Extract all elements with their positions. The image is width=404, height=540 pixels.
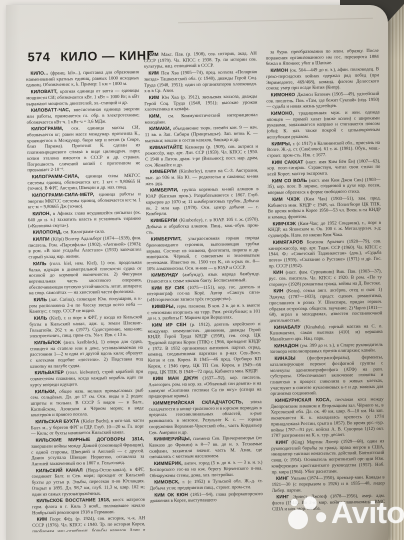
entry-term: КИММЕРИК, [154, 460, 185, 466]
entry-term: КИМОНО, [271, 110, 299, 116]
page-text-block: 574КИЛО — КИНГ КИЛО... (франц. kilo...),… [6, 5, 388, 540]
page-column-1: КИЛО... (франц. kilo...), приставка для … [26, 69, 145, 533]
dictionary-entry: КИЛЬВАТЕР (голл. kielwater), строй кораб… [30, 368, 143, 388]
dictionary-entry: КИМ ИР СЕН (р. 1912), деятель корейского… [147, 321, 261, 376]
page-column-3: за бурж. преобразования по япон. образцу… [266, 48, 385, 512]
dictionary-entry: КИМ МАН ДЖУН (1637—92), кор. писатель. А… [148, 374, 261, 400]
entry-term: КИЛОН, [32, 211, 53, 217]
dictionary-entry: КИМБЕРЛИТ, ультраосновная горная порода … [146, 235, 259, 273]
entry-term: КИН [273, 269, 285, 275]
dictionary-entry: КИЛЬКИ, общее назв. мелких промысловых р… [30, 387, 143, 419]
dictionary-entry: КИЛОГРАММ-СИЛА, единица силы МКГСС систе… [27, 172, 140, 192]
dictionary-entry: КИМРЫ, г. (с 1917) в Калининской обл., п… [267, 139, 380, 159]
entry-term: КИЛЬСКИЙ КАНАЛ [36, 467, 86, 473]
dictionary-entry: КИМ ЧХЭК (Ким Чак) (1903—51), зам. пред.… [268, 195, 381, 221]
entry-term: КИМ [149, 94, 162, 100]
dictionary-entry: КИНАЗЫ (фосфотрансферазы), ферменты, кат… [270, 354, 384, 398]
avito-logo-icon [287, 494, 329, 532]
dictionary-entry: КИМ ОК КЮН (1851—94), глава реформаторск… [150, 490, 263, 504]
dictionary-entry: КИМ Пен Хва (1905—74), пред. колхоза «По… [144, 69, 257, 95]
entry-term: КИММЕРИЙЦЫ, [154, 436, 194, 442]
dictionary-entry: КИЛПИ (Kilpi) Волтер Адальберт (1874—193… [28, 235, 141, 261]
entry-term: КИНБУРНСКАЯ КОСА, [275, 397, 335, 403]
column-2-container: КИМ Макс. Пав. (р. 1908), сов. историк, … [144, 50, 264, 531]
dictionary-entry: КИММЕРИЙСКАЯ СКЛАДЧАТОСТЬ, эпоха складча… [149, 399, 262, 437]
dictionary-entry: КИМБЕРЛИ, группа коренных м-ний алмазов … [146, 186, 259, 218]
entry-term: КИМБЕРЛИТ, [151, 236, 188, 242]
entry-term: КИМОВСК, [154, 479, 182, 485]
dictionary-entry: КИМВРЫ, герм. племена. В кон. 2 в. до н.… [147, 302, 260, 322]
entry-term: КИМ ОК КЮН [154, 491, 190, 497]
dictionary-entry: КИМБЕРЛИ (Kimberley), плато на С.-З. Авс… [145, 167, 258, 187]
entry-term: КИЛОВАТТ, [31, 88, 60, 94]
entry-term: КИМ БУ СИК [151, 284, 187, 290]
entry-term: КИЛЬСКОЕ ВОССТАНИЕ 1918, [36, 497, 112, 504]
entry-term: КИЛЬКИ, [35, 388, 59, 394]
entry-term: КИМ СО ВОЛЬ [272, 177, 309, 183]
dictionary-entry: КИЛЬ (лат. Carina), созвездие Юж. полуша… [29, 295, 142, 315]
dictionary-entry: КИЛО... (франц. kilo...), приставка для … [26, 69, 139, 89]
dictionary-entry: КИМЧХЭК (Ким-Чак; до 1952 Сонджин), г., … [268, 219, 381, 239]
dictionary-entry: КИМ Юн Хва (р. 1912), звеньевая колхоза,… [144, 93, 257, 113]
dictionary-entry: КИН (Kean), семья англ. актёров, отец и … [269, 287, 382, 325]
entry-term: КИЛЬ [33, 260, 50, 266]
dictionary-entry: КИЛЬ (Kiel), г. и порт в ФРГ, у входа из… [29, 314, 142, 340]
dictionary-entry: КИНГ (King) Мартин Лютер (1929—68), один… [271, 438, 384, 476]
entry-term: КИМ [148, 51, 161, 57]
entry-term: КИМ, [149, 113, 168, 119]
entry-term: КИМ ИР СЕН [152, 322, 190, 328]
dictionary-entry: КИЛЬБЛОК (англ. keelblock), 1) опора для… [30, 338, 143, 370]
dictionary-entry: за бурж. преобразования по япон. образцу… [266, 48, 379, 67]
dictionary-entry: КИЛЬСКИЕ МИРНЫЕ ДОГОВОРЫ 1814, завершили… [31, 436, 144, 468]
entry-term: КИМОН [270, 67, 289, 73]
entry-term: КИМВРЫ, [152, 303, 177, 309]
book-page: 574КИЛО — КИНГ КИЛО... (франц. kilo...),… [6, 5, 388, 540]
entry-term: КИЛЬСКАЯ БУХТА [35, 418, 81, 424]
entry-term: КИНАЗЫ [274, 355, 307, 361]
entry-term: КИЛОГРАММ, [31, 125, 71, 131]
watermark-text: Avito [331, 495, 404, 531]
dictionary-entry: КИНАБАЛУ (Kinabalu), горный массив на С.… [269, 323, 382, 343]
entry-term: КИЛЬСКИЕ МИРНЫЕ ДОГОВОРЫ 1814, [36, 436, 145, 443]
entry-term: КИНАБАЛУ [274, 324, 304, 330]
dictionary-entry: КИМОНКО Джанси Батович (1905—49), удэгей… [266, 90, 379, 110]
dictionary-entry: КИНГ Уильям (1874—1950), премьер-мин. Ка… [272, 474, 385, 494]
entry-term: КИНАДОН [274, 342, 300, 348]
dictionary-entry: КИМОН (ок. 504—449 до н. э.), афин. полк… [266, 66, 379, 92]
entry-term: КИМ САККАТ [272, 159, 306, 165]
entry-term: КИЛЬВАТЕР [35, 370, 67, 376]
dictionary-entry: КИН (наст. фам. Суровикин) Вик. Пав. (19… [269, 268, 382, 288]
entry-term: КИМБЕРЛИ, [150, 187, 182, 193]
avito-watermark: Avito [287, 494, 404, 532]
dictionary-entry: КИМ Макс. Пав. (р. 1908), сов. историк, … [144, 50, 257, 70]
page-number: 574 [28, 50, 51, 64]
entry-term: КИЛЬ [34, 315, 50, 321]
entry-term: КИМБЕРЛИ [150, 168, 179, 174]
book-photo: 574КИЛО — КИНГ КИЛО... (франц. kilo...),… [0, 0, 404, 540]
dictionary-entry: КИНБУРНСКАЯ КОСА, песчаная коса между Дн… [271, 396, 385, 440]
page-column-2: КИМ Макс. Пав. (р. 1908), сов. историк, … [144, 50, 263, 505]
dictionary-entry: КИМ СО ВОЛЬ (наст. имя Ким Джон Сик) (19… [267, 176, 380, 196]
dictionary-entry: КИЛОН, в Афинах глава неудавшейся попытк… [28, 209, 141, 229]
dictionary-entry: КИМ Георг. Фёд. (р. 1924), сов. историк,… [32, 515, 145, 532]
dictionary-entry: КИЛЬСКОЕ ВОССТАНИЕ 1918, восст. матросов… [32, 496, 145, 516]
entry-term: КИНГ [276, 439, 292, 445]
dictionary-entry: КИМ САККАТ (наст. имя Ким Бён Ён) (1807—… [267, 158, 380, 178]
dictionary-entry: КИЛЬСКИЙ КАНАЛ (Норд-Остзе-канал), в ФРГ… [31, 466, 144, 498]
entry-term: КИМАКИ, [149, 125, 173, 131]
entry-term: КИМЯГАРОВ [273, 239, 307, 245]
entry-term: КИМБУНДУ [151, 272, 182, 278]
dictionary-entry: КИМОНО, традиционная муж. и жен. одежда … [266, 109, 379, 141]
running-head-title: КИЛО — КИНГ [60, 49, 154, 64]
entry-term: КИЛОГРАММ-СИЛА, [32, 173, 86, 179]
entry-term: КИЛОПОНД, [33, 229, 64, 235]
column-3-container: за бурж. преобразования по япон. образцу… [266, 48, 386, 529]
entry-term: КИЛЬ [34, 297, 49, 303]
dictionary-entry: КИЛОГРАММ, осн. единица массы СИ, обозна… [27, 124, 141, 173]
entry-term: КИЛПИ [33, 236, 51, 242]
dictionary-entry: КИМБЕРЛИ (Kimberley), г. в ЮАР. 105 т. ж… [146, 216, 259, 236]
entry-term: КИМ [148, 70, 161, 76]
column-1-container: КИЛО... (франц. kilo...), приставка для … [26, 69, 145, 533]
dictionary-entry: КИЛОВАТТ-ЧАС, внесистемная единица энерг… [26, 106, 139, 126]
dictionary-entry: КИММЕРИЙЦЫ, племена Сев. Причерноморья (… [149, 435, 262, 461]
entry-term: КИМОНКО [271, 91, 297, 97]
dictionary-entry: КИЛОВАТТ, кратная единица от ватта — еди… [26, 87, 139, 107]
entry-term: КИМАНТАЙТЕ [149, 144, 185, 150]
entry-term: КИММЕРИЙСКАЯ СКЛАДЧАТОСТЬ, [153, 399, 250, 406]
entry-term: КИЛЬБЛОК [34, 339, 63, 345]
dictionary-entry: КИМЯГАРОВ Бенсион Арьевич (1920—79), сов… [268, 238, 381, 270]
dictionary-entry: КИММЕРИК, антич. город (5 в. до н. э. — … [149, 459, 262, 479]
dictionary-entry: КИЛЬСКАЯ БУХТА (Kieler Bucht), в юго-зап… [31, 417, 144, 437]
dictionary-entry: КИМ БУ СИК (1075—1151), кор. гос. деятел… [147, 283, 260, 303]
entry-term: КИНГ [276, 475, 291, 481]
dictionary-entry: КИМАКИ, объединение тюрк. племён кон. 9 … [145, 124, 258, 144]
entry-term: КИМРЫ, [271, 140, 292, 146]
entry-term: КИЛОГРАММ-СИЛА-МЕТР, [32, 191, 99, 197]
entry-term: КИМЧХЭК [273, 220, 299, 226]
dictionary-entry: КИМАНТАЙТЕ Казимера (р. 1909), сов. актр… [145, 143, 258, 169]
entry-term: КИМБЕРЛИ [150, 217, 179, 223]
entry-term: КИЛО... [30, 70, 50, 76]
dictionary-entry: КИЛЬ (голл. kiel, нем. Kiel), 1) осн. пр… [29, 259, 142, 297]
entry-term: КИМ МАН ДЖУН [153, 375, 203, 381]
entry-term: КИМ ЧХЭК [272, 196, 304, 202]
dictionary-entry: КИЛОГРАММ-СИЛА-МЕТР, единица работы и эн… [28, 191, 141, 211]
entry-term: КИН [273, 288, 286, 294]
entry-term: КИЛОВАТТ-ЧАС, [31, 107, 74, 113]
entry-term: КИМ [37, 516, 50, 522]
